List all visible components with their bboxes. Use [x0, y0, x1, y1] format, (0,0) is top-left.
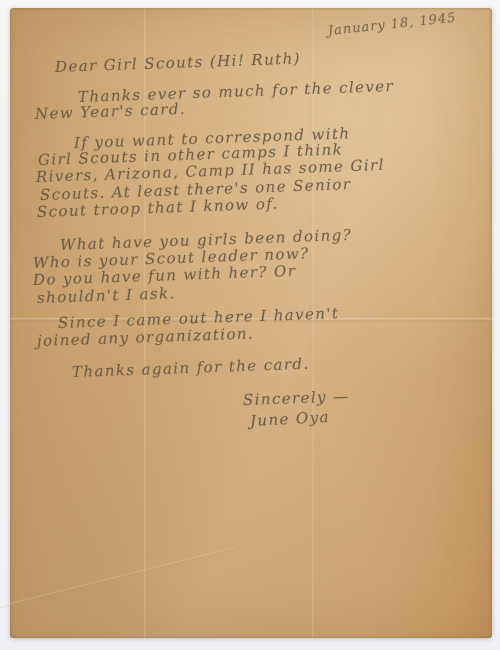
letter-salutation: Dear Girl Scouts (Hi! Ruth) — [55, 49, 301, 76]
letter-closing: Sincerely — — [243, 387, 350, 409]
letter-paper: January 18, 1945 Dear Girl Scouts (Hi! R… — [10, 8, 492, 638]
scan-background: January 18, 1945 Dear Girl Scouts (Hi! R… — [0, 0, 500, 650]
letter-date: January 18, 1945 — [327, 11, 457, 39]
letter-signature: June Oya — [250, 408, 331, 430]
handwritten-line: Thanks again for the card. — [72, 355, 310, 381]
handwritten-line: New Year's card. — [35, 100, 187, 123]
handwritten-line: shouldn't I ask. — [37, 284, 176, 307]
diagonal-crease-bottom — [0, 547, 237, 613]
